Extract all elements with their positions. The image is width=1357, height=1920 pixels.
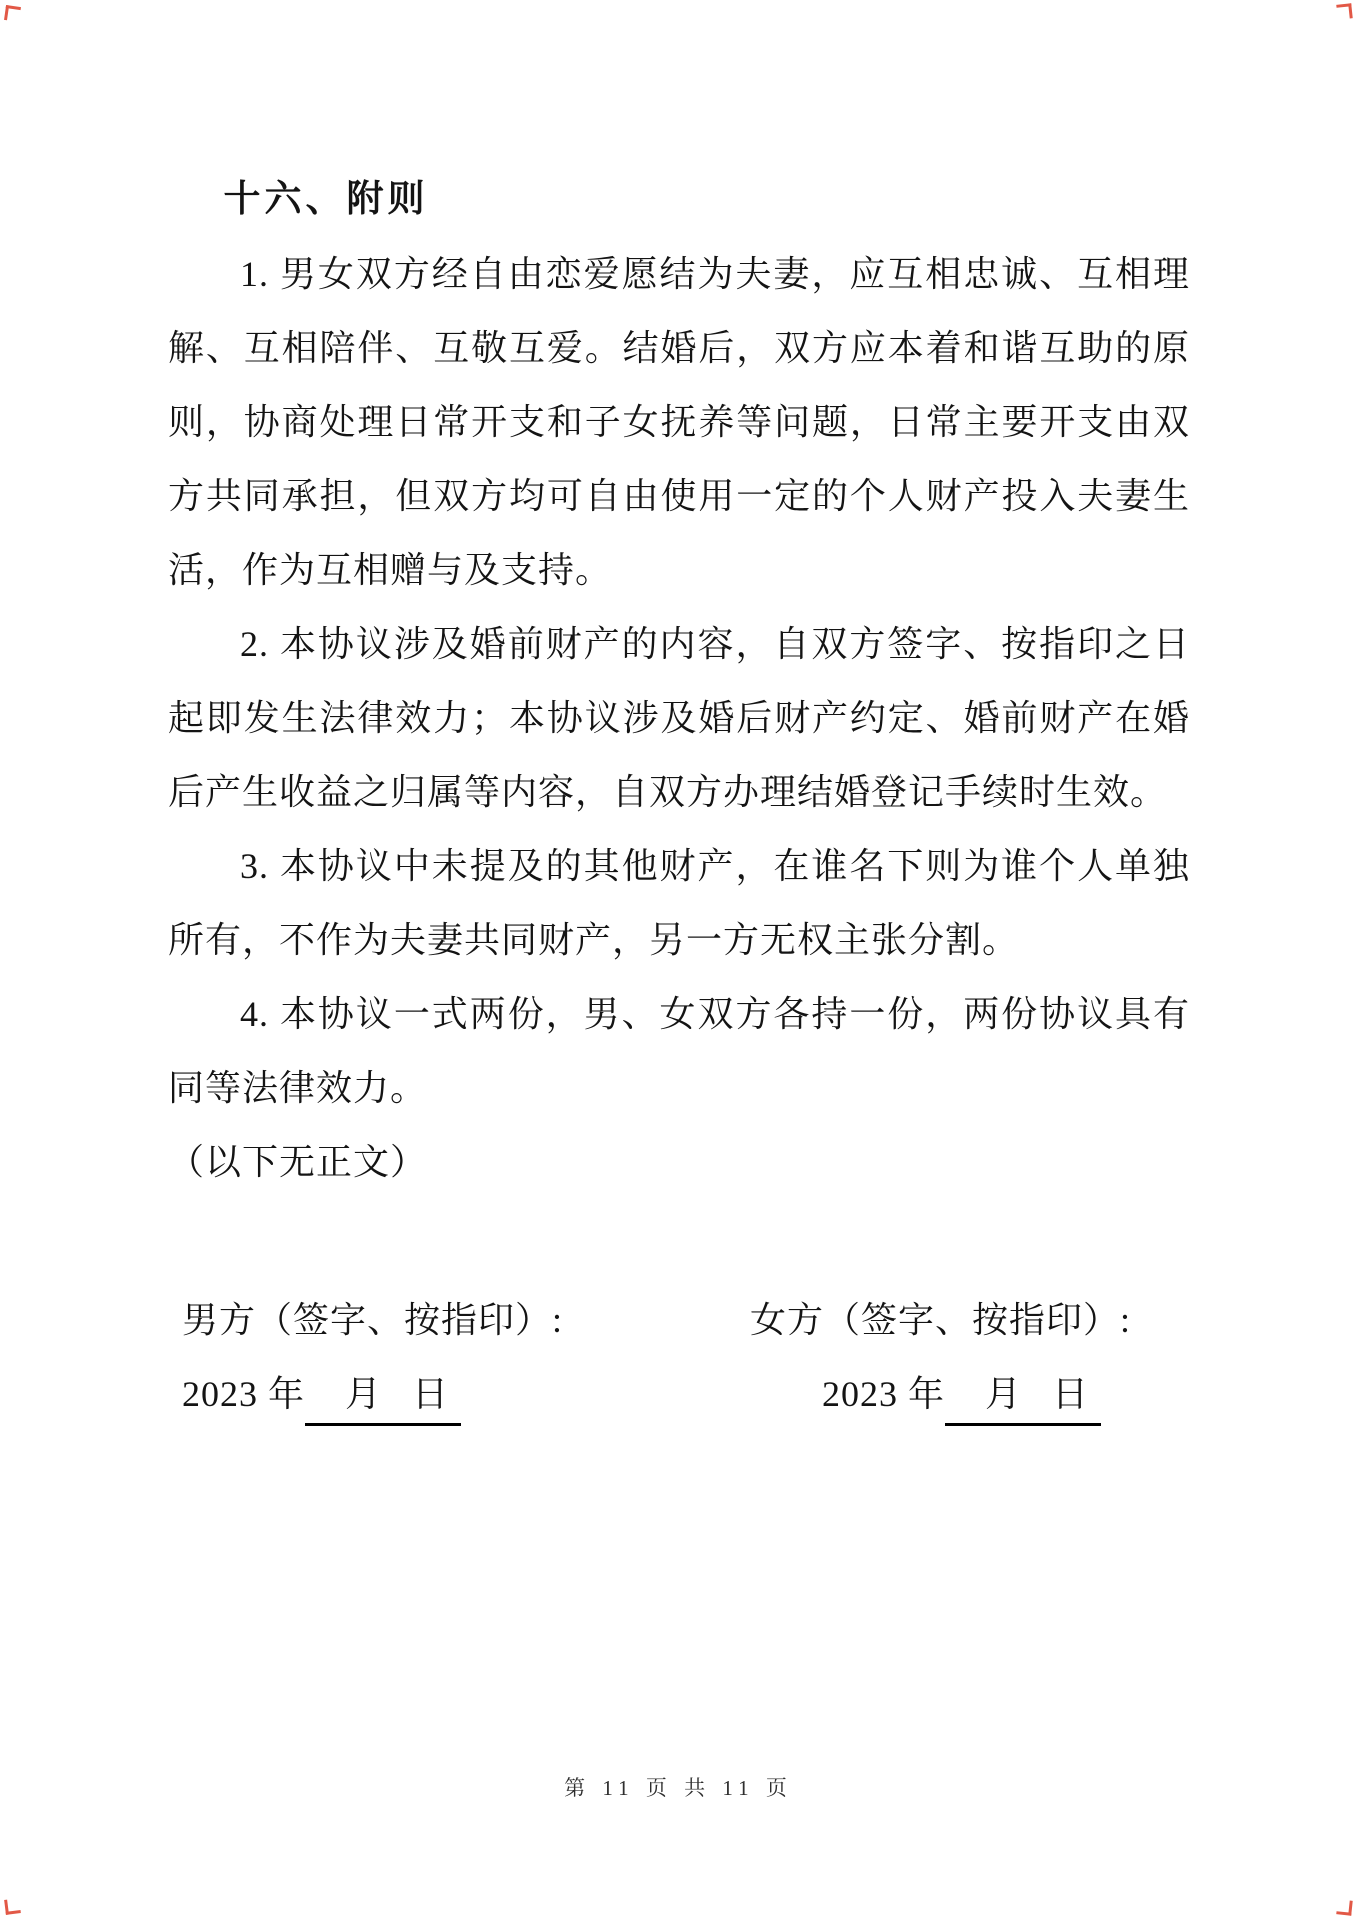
male-date-line: 2023 年月日 xyxy=(182,1357,563,1431)
male-year-label: 2023 年 xyxy=(182,1374,305,1414)
female-date-line: 2023 年月日 xyxy=(750,1357,1131,1431)
month-label: 月 xyxy=(345,1374,382,1414)
page-number-footer: 第 11 页 共 11 页 xyxy=(0,1772,1357,1802)
male-signature-label: 男方（签字、按指印）: xyxy=(182,1283,563,1357)
crop-mark-bottom-right xyxy=(1336,1899,1352,1915)
female-signature-column: 女方（签字、按指印）: 2023 年月日 xyxy=(750,1283,1131,1431)
document-page: 十六、附则 1. 男女双方经自由恋爱愿结为夫妻，应互相忠诚、互相理解、互相陪伴、… xyxy=(0,0,1357,1920)
crop-mark-bottom-left xyxy=(4,1898,21,1915)
paragraph-3: 3. 本协议中未提及的其他财产，在谁名下则为谁个人单独所有，不作为夫妻共同财产，… xyxy=(168,829,1190,977)
male-signature-column: 男方（签字、按指印）: 2023 年月日 xyxy=(182,1283,563,1431)
female-date-fill-in: 月日 xyxy=(945,1365,1101,1426)
month-label: 月 xyxy=(985,1374,1022,1414)
section-title: 十六、附则 xyxy=(168,163,1190,237)
female-signature-label: 女方（签字、按指印）: xyxy=(750,1283,1131,1357)
paragraph-2: 2. 本协议涉及婚前财产的内容，自双方签字、按指印之日起即发生法律效力；本协议涉… xyxy=(168,607,1190,829)
signature-block: 男方（签字、按指印）: 2023 年月日 女方（签字、按指印）: 2023 年月… xyxy=(168,1283,1190,1443)
day-label: 日 xyxy=(1052,1374,1089,1414)
male-date-fill-in: 月日 xyxy=(305,1365,461,1426)
end-of-text-note: （以下无正文） xyxy=(168,1125,1190,1199)
document-body: 十六、附则 1. 男女双方经自由恋爱愿结为夫妻，应互相忠诚、互相理解、互相陪伴、… xyxy=(0,0,1357,1443)
female-year-label: 2023 年 xyxy=(822,1374,945,1414)
day-label: 日 xyxy=(412,1374,449,1414)
paragraph-4: 4. 本协议一式两份，男、女双方各持一份，两份协议具有同等法律效力。 xyxy=(168,977,1190,1125)
paragraph-1: 1. 男女双方经自由恋爱愿结为夫妻，应互相忠诚、互相理解、互相陪伴、互敬互爱。结… xyxy=(168,237,1190,607)
